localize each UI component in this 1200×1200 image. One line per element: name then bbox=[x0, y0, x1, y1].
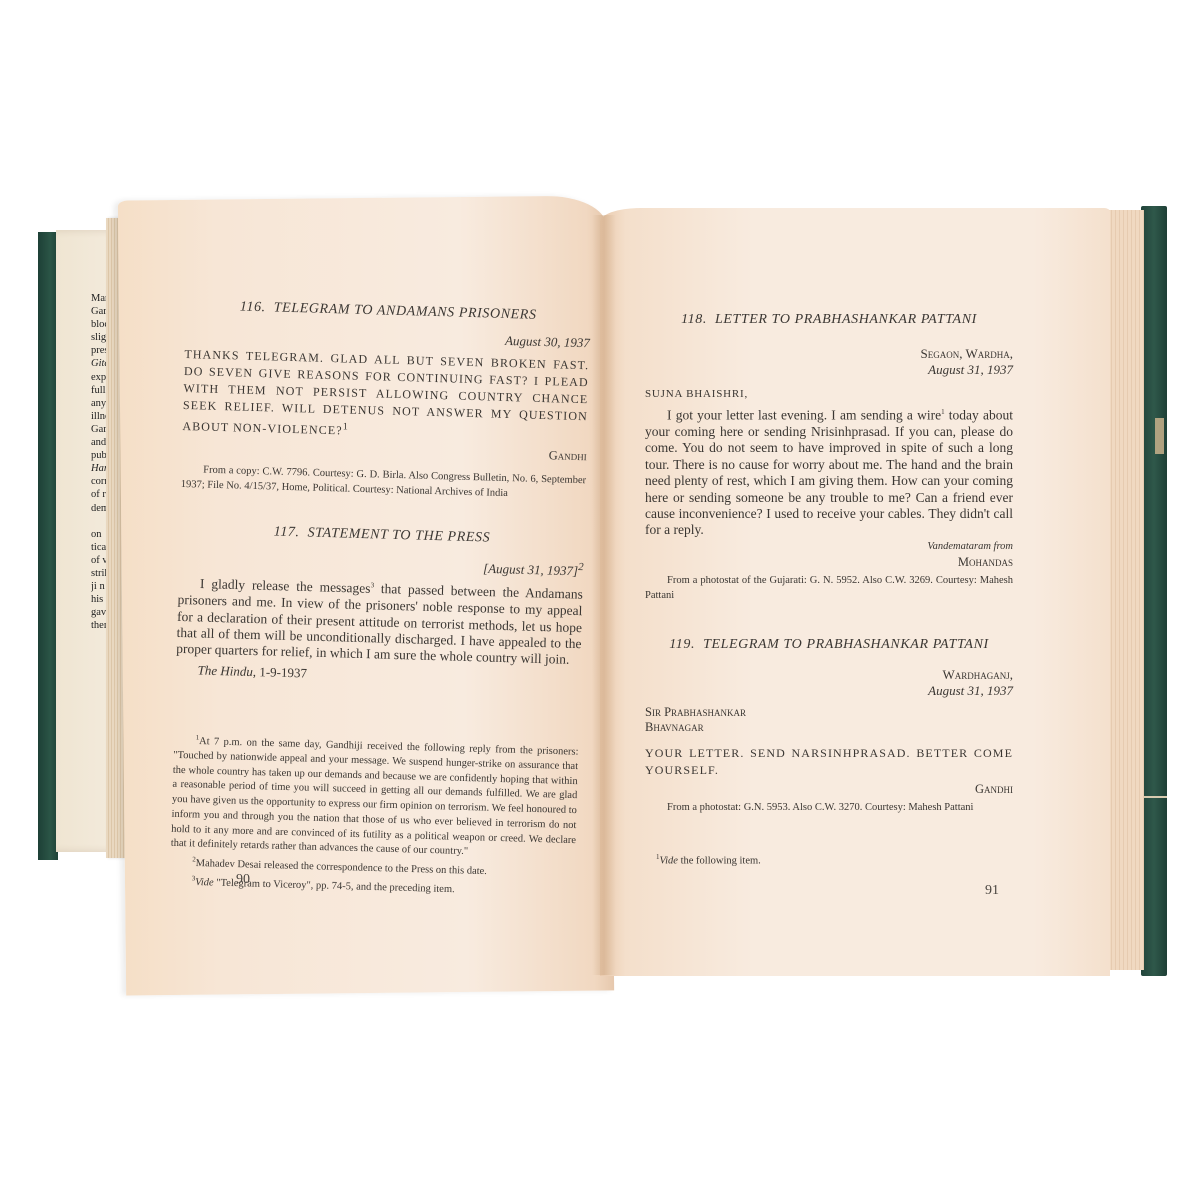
address-line: Bhavnagar bbox=[645, 720, 1013, 735]
page-number-right: 91 bbox=[985, 883, 999, 899]
section-date: August 31, 1937 bbox=[645, 683, 1013, 699]
footnotes: 1At 7 p.m. on the same day, Gandhiji rec… bbox=[169, 730, 578, 902]
letter-body: I got your letter last evening. I am sen… bbox=[645, 404, 1013, 539]
salutation: SUJNA BHAISHRI, bbox=[645, 388, 1013, 400]
section-heading: 117.STATEMENT TO THE PRESS bbox=[179, 522, 584, 549]
source-note: From a photostat of the Gujarati: G. N. … bbox=[645, 573, 1013, 603]
place-line: Segaon, Wardha, bbox=[645, 346, 1013, 362]
book-cover-right bbox=[1141, 206, 1167, 976]
section-116: 116.TELEGRAM TO ANDAMANS PRISONERS Augus… bbox=[181, 298, 591, 503]
left-page-content: 116.TELEGRAM TO ANDAMANS PRISONERS Augus… bbox=[169, 298, 590, 901]
section-date: August 31, 1937 bbox=[645, 362, 1013, 378]
signature: Gandhi bbox=[645, 781, 1013, 798]
right-page-content: 118.LETTER TO PRABHASHANKAR PATTANI Sega… bbox=[645, 312, 1013, 845]
footnote: 1At 7 p.m. on the same day, Gandhiji rec… bbox=[171, 730, 579, 863]
section-118: 118.LETTER TO PRABHASHANKAR PATTANI Sega… bbox=[645, 312, 1013, 603]
statement-body: I gladly release the messages3 that pass… bbox=[176, 572, 583, 669]
footnotes-right: 1Vide the following item. bbox=[656, 850, 956, 869]
source-note: From a photostat: G.N. 5953. Also C.W. 3… bbox=[645, 800, 1013, 815]
page-number-left: 90 bbox=[236, 872, 250, 888]
telegram-text: YOUR LETTER. SEND NARSINHPRASAD. BETTER … bbox=[645, 745, 1013, 779]
section-heading: 118.LETTER TO PRABHASHANKAR PATTANI bbox=[645, 312, 1013, 328]
section-heading: 119.TELEGRAM TO PRABHASHANKAR PATTANI bbox=[645, 637, 1013, 653]
signature: Mohandas bbox=[645, 554, 1013, 571]
cover-crease bbox=[1141, 796, 1167, 798]
telegram-text: THANKS TELEGRAM. GLAD ALL BUT SEVEN BROK… bbox=[182, 346, 589, 446]
tape-patch bbox=[1155, 418, 1164, 454]
page-stack-right bbox=[1104, 210, 1144, 970]
section-119: 119.TELEGRAM TO PRABHASHANKAR PATTANI Wa… bbox=[645, 637, 1013, 815]
footnote: 1Vide the following item. bbox=[656, 850, 956, 869]
address-line: Sir Prabhashankar bbox=[645, 705, 1013, 720]
under-book-cover bbox=[38, 232, 58, 860]
closing: Vandemataram from bbox=[645, 541, 1013, 552]
place-line: Wardhaganj, bbox=[645, 667, 1013, 683]
book-gutter bbox=[592, 215, 616, 975]
source-note: From a copy: C.W. 7796. Courtesy: G. D. … bbox=[181, 462, 587, 503]
section-117: 117.STATEMENT TO THE PRESS [August 31, 1… bbox=[175, 522, 584, 689]
